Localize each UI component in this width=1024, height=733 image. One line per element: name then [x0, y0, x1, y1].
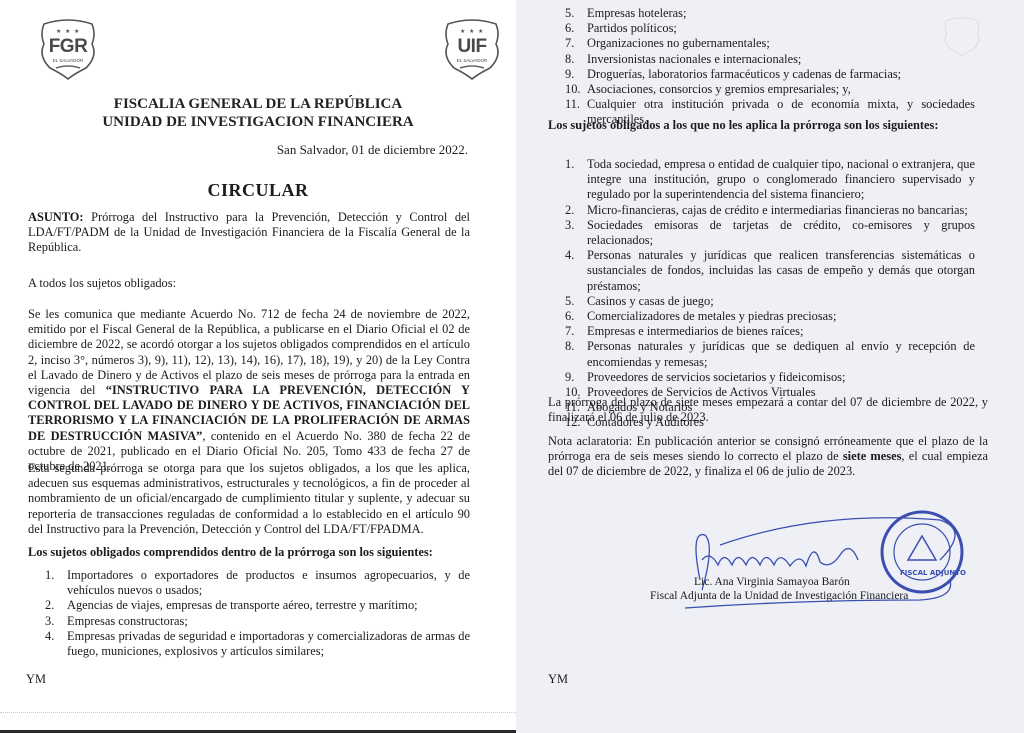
list-item-number: 8. — [565, 339, 574, 354]
signature-block: FISCAL ADJUNTO — [680, 500, 980, 620]
org-line-1: FISCALIA GENERAL DE LA REPÚBLICA — [0, 95, 516, 113]
list-item: 3.Sociedades emisoras de tarjetas de cré… — [565, 218, 975, 248]
uif-logo: ★★★ UIF EL SALVADOR — [438, 16, 506, 80]
list-item: 1.Importadores o exportadores de product… — [45, 568, 470, 598]
list-item-number: 9. — [565, 67, 574, 82]
excluded-heading: Los sujetos obligados a los que no les a… — [548, 118, 938, 133]
fgr-sub: EL SALVADOR — [34, 58, 102, 63]
list-item: 4.Empresas privadas de seguridad e impor… — [45, 629, 470, 659]
list-item-text: Personas naturales y jurídicas que reali… — [587, 248, 975, 292]
list-item-number: 11. — [565, 97, 580, 112]
list-item: 9.Proveedores de servicios societarios y… — [565, 370, 975, 385]
list-item-text: Agencias de viajes, empresas de transpor… — [67, 598, 418, 612]
list-item-text: Inversionistas nacionales e internaciona… — [587, 52, 801, 66]
svg-text:★: ★ — [460, 28, 465, 35]
initials: YM — [26, 672, 46, 687]
note-emphasis: siete meses — [843, 449, 902, 463]
official-seal-icon: FISCAL ADJUNTO — [882, 512, 966, 592]
list-item-text: Comercializadores de metales y piedras p… — [587, 309, 836, 323]
list-item-number: 2. — [565, 203, 574, 218]
org-line-2: UNIDAD DE INVESTIGACION FINANCIERA — [0, 113, 516, 131]
circular-page-1: ★★★ FGR EL SALVADOR ★★★ UIF EL SALVADOR … — [0, 0, 516, 733]
list-item-number: 1. — [45, 568, 54, 583]
list-item-text: Empresas e intermediarios de bienes raíc… — [587, 324, 803, 338]
list-item-text: Asociaciones, consorcios y gremios empre… — [587, 82, 851, 96]
purpose-paragraph: Esta segunda prórroga se otorga para que… — [28, 461, 470, 537]
list-item-text: Partidos políticos; — [587, 21, 677, 35]
list-item-number: 4. — [565, 248, 574, 263]
list-item: 6.Partidos políticos; — [565, 21, 975, 36]
list-item: 8.Inversionistas nacionales e internacio… — [565, 52, 975, 67]
list-item-number: 6. — [565, 21, 574, 36]
fgr-logo: ★★★ FGR EL SALVADOR — [34, 16, 102, 80]
list-item: 1.Toda sociedad, empresa o entidad de cu… — [565, 157, 975, 203]
issuing-organization: FISCALIA GENERAL DE LA REPÚBLICA UNIDAD … — [0, 95, 516, 131]
excluded-list: 1.Toda sociedad, empresa o entidad de cu… — [565, 157, 975, 431]
term-paragraph: La prórroga del plazo de siete meses emp… — [548, 395, 988, 425]
list-item-number: 3. — [45, 614, 54, 629]
list-item: 5.Empresas hoteleras; — [565, 6, 975, 21]
list-item-number: 5. — [565, 6, 574, 21]
list-item: 2.Agencias de viajes, empresas de transp… — [45, 598, 470, 613]
list-item-text: Empresas hoteleras; — [587, 6, 686, 20]
list-item: 4.Personas naturales y jurídicas que rea… — [565, 248, 975, 294]
subject-text: Prórroga del Instructivo para la Prevenc… — [28, 210, 470, 254]
list-item: 5.Casinos y casas de juego; — [565, 294, 975, 309]
list-item-text: Droguerías, laboratorios farmacéuticos y… — [587, 67, 901, 81]
document-type-title: CIRCULAR — [0, 180, 516, 201]
fgr-mark: FGR — [34, 36, 102, 58]
list-item: 7.Empresas e intermediarios de bienes ra… — [565, 324, 975, 339]
list-item-text: Sociedades emisoras de tarjetas de crédi… — [587, 218, 975, 247]
list-item-number: 5. — [565, 294, 574, 309]
included-list-continued: 5.Empresas hoteleras;6.Partidos político… — [565, 6, 975, 128]
list-item: 3.Empresas constructoras; — [45, 614, 470, 629]
agreement-paragraph: Se les comunica que mediante Acuerdo No.… — [28, 307, 470, 474]
list-item-text: Casinos y casas de juego; — [587, 294, 714, 308]
subject-paragraph: ASUNTO: Prórroga del Instructivo para la… — [28, 210, 470, 256]
subject-label: ASUNTO: — [28, 210, 84, 224]
svg-text:★: ★ — [74, 28, 79, 35]
list-item-number: 2. — [45, 598, 54, 613]
svg-text:★: ★ — [478, 28, 483, 35]
page-divider — [0, 712, 516, 713]
list-item-text: Importadores o exportadores de productos… — [67, 568, 470, 597]
list-item-text: Empresas constructoras; — [67, 614, 188, 628]
included-list: 1.Importadores o exportadores de product… — [45, 568, 470, 659]
clarification-note: Nota aclaratoria: En publicación anterio… — [548, 434, 988, 480]
included-heading: Los sujetos obligados comprendidos dentr… — [28, 545, 470, 560]
list-item: 10.Asociaciones, consorcios y gremios em… — [565, 82, 975, 97]
signatory-name: Lic. Ana Virginia Samayoa Barón — [694, 576, 850, 588]
list-item-number: 4. — [45, 629, 54, 644]
list-item: 2.Micro-financieras, cajas de crédito e … — [565, 203, 975, 218]
initials-page-2: YM — [548, 672, 568, 687]
list-item: 7.Organizaciones no gubernamentales; — [565, 36, 975, 51]
list-item-text: Empresas privadas de seguridad e importa… — [67, 629, 470, 658]
svg-text:FISCAL ADJUNTO: FISCAL ADJUNTO — [900, 569, 966, 577]
list-item-text: Micro-financieras, cajas de crédito e in… — [587, 203, 968, 217]
signature-icon: FISCAL ADJUNTO — [680, 500, 980, 620]
list-item-number: 7. — [565, 36, 574, 51]
list-item-number: 7. — [565, 324, 574, 339]
list-item-number: 8. — [565, 52, 574, 67]
document-date: San Salvador, 01 de diciembre 2022. — [277, 142, 468, 158]
uif-mark: UIF — [438, 36, 506, 58]
list-item-text: Toda sociedad, empresa o entidad de cual… — [587, 157, 975, 201]
signatory-title: Fiscal Adjunta de la Unidad de Investiga… — [650, 590, 908, 602]
list-item-number: 6. — [565, 309, 574, 324]
list-item: 8.Personas naturales y jurídicas que se … — [565, 339, 975, 369]
list-item: 6.Comercializadores de metales y piedras… — [565, 309, 975, 324]
svg-text:★: ★ — [65, 28, 70, 35]
list-item-text: Proveedores de servicios societarios y f… — [587, 370, 845, 384]
uif-sub: EL SALVADOR — [438, 58, 506, 63]
list-item-number: 1. — [565, 157, 574, 172]
list-item-number: 10. — [565, 82, 581, 97]
svg-text:★: ★ — [469, 28, 474, 35]
list-item-text: Personas naturales y jurídicas que se de… — [587, 339, 975, 368]
list-item-text: Organizaciones no gubernamentales; — [587, 36, 770, 50]
svg-text:★: ★ — [56, 28, 61, 35]
list-item: 9.Droguerías, laboratorios farmacéuticos… — [565, 67, 975, 82]
list-item-number: 9. — [565, 370, 574, 385]
salutation: A todos los sujetos obligados: — [28, 276, 470, 291]
list-item-number: 3. — [565, 218, 574, 233]
